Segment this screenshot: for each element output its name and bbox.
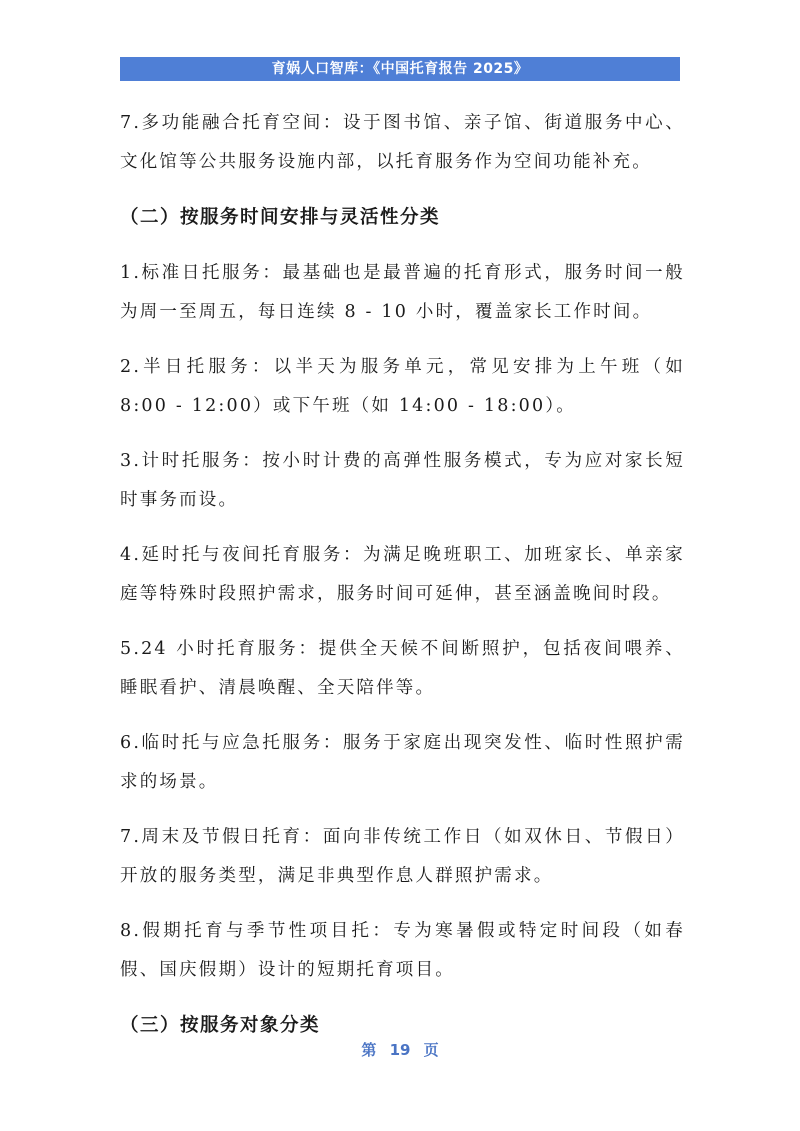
document-header-title: 育娲人口智库：《中国托育报告 2025》: [272, 61, 529, 77]
document-header-band: 育娲人口智库：《中国托育报告 2025》: [120, 57, 680, 81]
paragraph-half-day: 2.半日托服务：以半天为服务单元，常见安排为上午班（如 8:00 - 12:00…: [120, 348, 685, 426]
paragraph-multifunction-space: 7.多功能融合托育空间：设于图书馆、亲子馆、街道服务中心、文化馆等公共服务设施内…: [120, 104, 685, 182]
paragraph-hourly: 3.计时托服务：按小时计费的高弹性服务模式，专为应对家长短时事务而设。: [120, 442, 685, 520]
section-heading-service-time: （二）按服务时间安排与灵活性分类: [120, 198, 685, 238]
paragraph-standard-daycare: 1.标准日托服务：最基础也是最普遍的托育形式，服务时间一般为周一至周五，每日连续…: [120, 254, 685, 332]
paragraph-seasonal: 8.假期托育与季节性项目托：专为寒暑假或特定时间段（如春假、国庆假期）设计的短期…: [120, 912, 685, 990]
paragraph-weekend-holiday: 7.周末及节假日托育：面向非传统工作日（如双休日、节假日）开放的服务类型，满足非…: [120, 818, 685, 896]
page-number-footer: 第 19 页: [0, 1039, 800, 1060]
page-prefix: 第: [361, 1041, 376, 1059]
page-suffix: 页: [424, 1041, 439, 1059]
paragraph-extended-night: 4.延时托与夜间托育服务：为满足晚班职工、加班家长、单亲家庭等特殊时段照护需求，…: [120, 536, 685, 614]
page-body: 7.多功能融合托育空间：设于图书馆、亲子馆、街道服务中心、文化馆等公共服务设施内…: [120, 104, 685, 1046]
paragraph-24-hour: 5.24 小时托育服务：提供全天候不间断照护，包括夜间喂养、睡眠看护、清晨唤醒、…: [120, 630, 685, 708]
paragraph-emergency: 6.临时托与应急托服务：服务于家庭出现突发性、临时性照护需求的场景。: [120, 724, 685, 802]
page-number: 19: [390, 1041, 411, 1059]
